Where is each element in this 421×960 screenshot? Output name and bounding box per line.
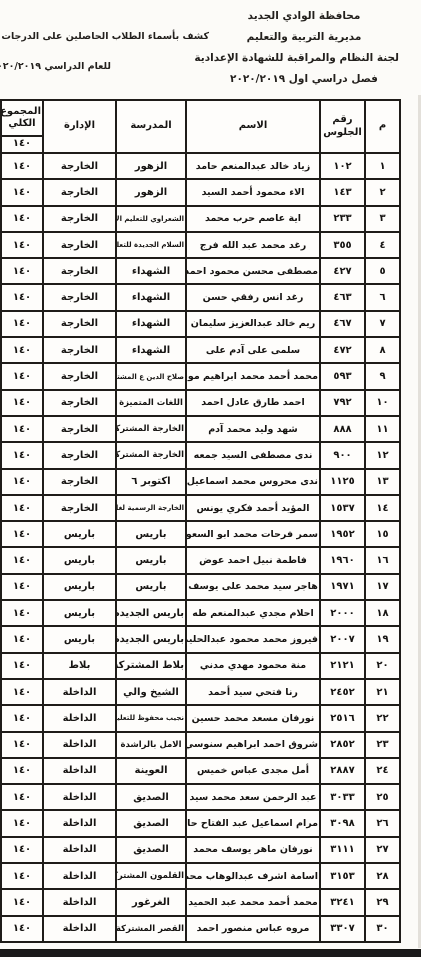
total-score-cell: ١٤٠ (1, 337, 43, 363)
total-score-cell: ١٤٠ (1, 469, 43, 495)
governorate-header: محافظة الوادي الجديد مديرية التربية والت… (209, 6, 399, 90)
student-name-cell: زياد خالد عبدالمنعم حامد (186, 153, 320, 179)
school-cell: الزهور (116, 153, 186, 179)
total-score-cell: ١٤٠ (1, 363, 43, 389)
seat-number-cell: ١٩٦٠ (320, 547, 365, 573)
seat-number-cell: ٩٠٠ (320, 442, 365, 468)
serial-cell: ٢٧ (365, 837, 400, 863)
seat-number-cell: ٢٨٨٧ (320, 758, 365, 784)
student-name-cell: مصطفى محسن محمود احمد (186, 258, 320, 284)
table-row: ٢٩٣٢٤١محمد أحمد محمد عبد الحميدالغرغورال… (1, 889, 400, 915)
administration-cell: بلاط (43, 653, 116, 679)
table-row: ١٩٢٠٠٧فيروز محمد محمود عبدالحليمباريس ال… (1, 626, 400, 652)
administration-cell: باريس (43, 574, 116, 600)
serial-cell: ١٢ (365, 442, 400, 468)
serial-cell: ٦ (365, 284, 400, 310)
administration-cell: الخارجة (43, 311, 116, 337)
school-cell: الشهداء (116, 258, 186, 284)
school-cell: اللغات المتميزة (116, 390, 186, 416)
semester-line: فصل دراسي اول ٢٠٢٠/٢٠١٩ (209, 69, 399, 90)
student-name-cell: محمد أحمد محمد ابراهيم موسي (186, 363, 320, 389)
total-score-cell: ١٤٠ (1, 442, 43, 468)
student-name-cell: رنا فتحي سيد أحمد (186, 679, 320, 705)
seat-number-cell: ١٩٧١ (320, 574, 365, 600)
administration-cell: الخارجة (43, 495, 116, 521)
school-cell: صلاح الدين ع المشتركة (116, 363, 186, 389)
student-name-cell: اية عاصم حرب محمد (186, 206, 320, 232)
administration-cell: الخارجة (43, 284, 116, 310)
total-score-cell: ١٤٠ (1, 284, 43, 310)
student-name-cell: مروه عباس منصور احمد (186, 916, 320, 942)
student-name-cell: سلمى على آدم على (186, 337, 320, 363)
scan-bottom-edge (0, 949, 421, 957)
student-name-cell: أمل مجدى عباس خميس (186, 758, 320, 784)
table-row: ٢٤٢٨٨٧أمل مجدى عباس خميسالعوينةالداخلة١٤… (1, 758, 400, 784)
student-name-cell: ريم خالد عبدالعزيز سليمان (186, 311, 320, 337)
school-cell: القلمون المشتركة (116, 863, 186, 889)
student-name-cell: محمد أحمد محمد عبد الحميد (186, 889, 320, 915)
seat-number-cell: ٢١٢١ (320, 653, 365, 679)
school-cell: الشهداء (116, 337, 186, 363)
serial-cell: ٢٩ (365, 889, 400, 915)
total-score-cell: ١٤٠ (1, 495, 43, 521)
table-row: ٢٦٣٠٩٨مرام اسماعيل عبد الفتاح حافظالصديق… (1, 810, 400, 836)
administration-cell: الداخلة (43, 916, 116, 942)
seat-number-cell: ٣٢٤١ (320, 889, 365, 915)
table-row: ٣٢٣٣اية عاصم حرب محمدالشعراوي للتعليم ال… (1, 206, 400, 232)
school-cell: الصديق (116, 810, 186, 836)
total-score-cell: ١٤٠ (1, 732, 43, 758)
student-name-cell: نورفان مسعد محمد حسين (186, 705, 320, 731)
administration-cell: باريس (43, 600, 116, 626)
table-row: ٣٠٣٣٠٧مروه عباس منصور احمدالقصر المشتركة… (1, 916, 400, 942)
administration-cell: باريس (43, 521, 116, 547)
total-score-cell: ١٤٠ (1, 547, 43, 573)
serial-cell: ٢٤ (365, 758, 400, 784)
serial-cell: ٣٠ (365, 916, 400, 942)
school-cell: بلاط المشتركة (116, 653, 186, 679)
administration-cell: الداخلة (43, 863, 116, 889)
seat-number-cell: ٣١٥٣ (320, 863, 365, 889)
total-score-cell: ١٤٠ (1, 679, 43, 705)
total-score-cell: ١٤٠ (1, 916, 43, 942)
administration-cell: باريس (43, 547, 116, 573)
table-row: ٧٤٦٧ريم خالد عبدالعزيز سليمانالشهداءالخا… (1, 311, 400, 337)
administration-cell: الخارجة (43, 363, 116, 389)
school-cell: العوينة (116, 758, 186, 784)
student-name-cell: شروق احمد ابراهيم سنوسي (186, 732, 320, 758)
total-score-cell: ١٤٠ (1, 232, 43, 258)
total-score-cell: ١٤٠ (1, 206, 43, 232)
table-row: ٨٤٧٢سلمى على آدم علىالشهداءالخارجة١٤٠ (1, 337, 400, 363)
total-score-cell: ١٤٠ (1, 574, 43, 600)
serial-cell: ٢٠ (365, 653, 400, 679)
school-cell: الخارجة المشتركة (116, 416, 186, 442)
school-cell: باريس (116, 574, 186, 600)
students-results-table: م رقم الجلوس الاسم المدرسة الإدارة المجم… (0, 99, 401, 943)
seat-number-cell: ٤٧٢ (320, 337, 365, 363)
school-cell: الصديق (116, 784, 186, 810)
school-cell: الشعراوي للتعليم الاساسي (116, 206, 186, 232)
serial-cell: ١٤ (365, 495, 400, 521)
administration-cell: الداخلة (43, 732, 116, 758)
table-row: ٦٤٦٣رغد انس رفقي حسنالشهداءالخارجة١٤٠ (1, 284, 400, 310)
administration-cell: الخارجة (43, 442, 116, 468)
total-score-cell: ١٤٠ (1, 653, 43, 679)
table-row: ٢٧٣١١١نورفان ماهر يوسف محمدالصديقالداخلة… (1, 837, 400, 863)
total-score-cell: ١٤٠ (1, 153, 43, 179)
table-row: ٢١٢٤٥٢رنا فتحي سيد أحمدالشيخ واليالداخلة… (1, 679, 400, 705)
table-row: ٥٤٢٧مصطفى محسن محمود احمدالشهداءالخارجة١… (1, 258, 400, 284)
school-cell: الخارجة الرسمية لغات (116, 495, 186, 521)
seat-number-cell: ٣٥٥ (320, 232, 365, 258)
total-column-header: المجموع الكلي (1, 100, 43, 136)
school-cell: الغرغور (116, 889, 186, 915)
seat-number-cell: ٣٣٠٧ (320, 916, 365, 942)
seat-number-cell: ٤٦٧ (320, 311, 365, 337)
seat-number-cell: ١١٢٥ (320, 469, 365, 495)
total-score-cell: ١٤٠ (1, 416, 43, 442)
school-cell: باريس الجديدة (116, 600, 186, 626)
sheet-title: كشف بأسماء الطلاب الحاصلين على الدرجات ا… (0, 31, 209, 42)
student-name-cell: المؤيد أحمد فكري يونس (186, 495, 320, 521)
school-cell: الصديق (116, 837, 186, 863)
table-row: ١٢٩٠٠ندى مصطفى السيد جمعهالخارجة المشترك… (1, 442, 400, 468)
administration-cell: الداخلة (43, 837, 116, 863)
serial-cell: ٥ (365, 258, 400, 284)
committee-line: لجنة النظام والمراقبة للشهادة الإعدادية (209, 48, 399, 69)
student-name-cell: مرام اسماعيل عبد الفتاح حافظ (186, 810, 320, 836)
administration-cell: الداخلة (43, 758, 116, 784)
total-score-cell: ١٤٠ (1, 889, 43, 915)
seat-number-cell: ١٤٣ (320, 179, 365, 205)
table-row: ٢٠٢١٢١منة محمود مهدي مدنيبلاط المشتركةبل… (1, 653, 400, 679)
administration-cell: الخارجة (43, 416, 116, 442)
seat-number-column-header: رقم الجلوس (320, 100, 365, 153)
table-row: ١٥١٩٥٢سمر فرحات محمد ابو السعودباريسباري… (1, 521, 400, 547)
student-name-cell: عبد الرحمن سعد محمد سيد (186, 784, 320, 810)
seat-number-cell: ٣٠٣٣ (320, 784, 365, 810)
school-cell: السلام الجديدة للتعليم الاساسي (116, 232, 186, 258)
serial-cell: ٢٣ (365, 732, 400, 758)
seat-number-cell: ٧٩٢ (320, 390, 365, 416)
student-name-cell: احلام مجدي عبدالمنعم طه (186, 600, 320, 626)
name-column-header: الاسم (186, 100, 320, 153)
total-score-cell: ١٤٠ (1, 810, 43, 836)
student-name-cell: الاء محمود أحمد السيد (186, 179, 320, 205)
serial-cell: ٨ (365, 337, 400, 363)
administration-cell: الداخلة (43, 705, 116, 731)
administration-cell: الداخلة (43, 784, 116, 810)
serial-cell: ٢١ (365, 679, 400, 705)
table-row: ٩٥٩٣محمد أحمد محمد ابراهيم موسيصلاح الدي… (1, 363, 400, 389)
serial-cell: ١٦ (365, 547, 400, 573)
seat-number-cell: ١٥٣٧ (320, 495, 365, 521)
student-name-cell: منة محمود مهدي مدني (186, 653, 320, 679)
school-cell: الخارجة المشتركة (116, 442, 186, 468)
serial-cell: ٢٢ (365, 705, 400, 731)
total-max-header: ١٤٠ (1, 136, 43, 153)
table-row: ١٨٢٠٠٠احلام مجدي عبدالمنعم طهباريس الجدي… (1, 600, 400, 626)
school-cell: الشيخ والي (116, 679, 186, 705)
administration-cell: الداخلة (43, 889, 116, 915)
serial-column-header: م (365, 100, 400, 153)
school-cell: نجيب محفوظ للتعليم الاساسي (116, 705, 186, 731)
serial-cell: ٩ (365, 363, 400, 389)
administration-cell: الخارجة (43, 337, 116, 363)
school-cell: الامل بالراشدة (116, 732, 186, 758)
administration-cell: الخارجة (43, 258, 116, 284)
seat-number-cell: ٤٦٣ (320, 284, 365, 310)
student-name-cell: سمر فرحات محمد ابو السعود (186, 521, 320, 547)
serial-cell: ١٩ (365, 626, 400, 652)
serial-cell: ٤ (365, 232, 400, 258)
serial-cell: ١٥ (365, 521, 400, 547)
administration-cell: الخارجة (43, 469, 116, 495)
student-table-body: ١١٠٢زياد خالد عبدالمنعم حامدالزهورالخارج… (1, 153, 400, 942)
administration-cell: الخارجة (43, 390, 116, 416)
table-row: ٤٣٥٥رغد محمد عبد الله فرجالسلام الجديدة … (1, 232, 400, 258)
total-score-cell: ١٤٠ (1, 390, 43, 416)
serial-cell: ١٨ (365, 600, 400, 626)
school-cell: باريس (116, 521, 186, 547)
serial-cell: ٢٥ (365, 784, 400, 810)
serial-cell: ٢ (365, 179, 400, 205)
student-name-cell: شهد وليد محمد آدم (186, 416, 320, 442)
school-cell: اكتوبر ٦ (116, 469, 186, 495)
total-score-cell: ١٤٠ (1, 837, 43, 863)
school-column-header: المدرسة (116, 100, 186, 153)
table-row: ٢٢٢٥١٦نورفان مسعد محمد حسيننجيب محفوظ لل… (1, 705, 400, 731)
administration-cell: الداخلة (43, 810, 116, 836)
total-score-cell: ١٤٠ (1, 705, 43, 731)
student-name-cell: اسامة اشرف عبدالوهاب محمود (186, 863, 320, 889)
governorate-line: محافظة الوادي الجديد (209, 6, 399, 27)
seat-number-cell: ٢٨٥٢ (320, 732, 365, 758)
seat-number-cell: ٣٠٩٨ (320, 810, 365, 836)
administration-column-header: الإدارة (43, 100, 116, 153)
seat-number-cell: ١٩٥٢ (320, 521, 365, 547)
academic-year: للعام الدراسي ٢٠٢٠/٢٠١٩ (0, 61, 111, 72)
scanned-results-sheet: { "page": { "header_right": { "lines": [… (0, 0, 421, 960)
student-name-cell: فاطمة نبيل احمد عوض (186, 547, 320, 573)
student-name-cell: احمد طارق عادل احمد (186, 390, 320, 416)
administration-cell: الخارجة (43, 153, 116, 179)
table-row: ١٧١٩٧١هاجر سيد محمد على يوسفباريسباريس١٤… (1, 574, 400, 600)
school-cell: القصر المشتركة (116, 916, 186, 942)
serial-cell: ٣ (365, 206, 400, 232)
seat-number-cell: ٢٠٠٧ (320, 626, 365, 652)
student-name-cell: ندى محروس محمد اسماعيل (186, 469, 320, 495)
serial-cell: ١٠ (365, 390, 400, 416)
administration-cell: الخارجة (43, 206, 116, 232)
table-row: ٢٣٢٨٥٢شروق احمد ابراهيم سنوسيالامل بالرا… (1, 732, 400, 758)
serial-cell: ٧ (365, 311, 400, 337)
table-row: ٢٨٣١٥٣اسامة اشرف عبدالوهاب محمودالقلمون … (1, 863, 400, 889)
student-name-cell: هاجر سيد محمد على يوسف (186, 574, 320, 600)
table-row: ١٦١٩٦٠فاطمة نبيل احمد عوضباريسباريس١٤٠ (1, 547, 400, 573)
student-name-cell: رغد محمد عبد الله فرج (186, 232, 320, 258)
seat-number-cell: ٥٩٣ (320, 363, 365, 389)
table-row: ١١٨٨٨شهد وليد محمد آدمالخارجة المشتركةال… (1, 416, 400, 442)
administration-cell: باريس (43, 626, 116, 652)
total-score-cell: ١٤٠ (1, 626, 43, 652)
serial-cell: ١ (365, 153, 400, 179)
school-cell: باريس (116, 547, 186, 573)
serial-cell: ١٣ (365, 469, 400, 495)
total-score-cell: ١٤٠ (1, 521, 43, 547)
total-score-cell: ١٤٠ (1, 258, 43, 284)
serial-cell: ٢٦ (365, 810, 400, 836)
administration-cell: الداخلة (43, 679, 116, 705)
table-row: ١٣١١٢٥ندى محروس محمد اسماعيلاكتوبر ٦الخا… (1, 469, 400, 495)
seat-number-cell: ١٠٢ (320, 153, 365, 179)
table-row: ١٤١٥٣٧المؤيد أحمد فكري يونسالخارجة الرسم… (1, 495, 400, 521)
school-cell: الشهداء (116, 284, 186, 310)
total-score-cell: ١٤٠ (1, 179, 43, 205)
directorate-line: مديرية التربية والتعليم (209, 27, 399, 48)
student-name-cell: نورفان ماهر يوسف محمد (186, 837, 320, 863)
table-row: ٢١٤٣الاء محمود أحمد السيدالزهورالخارجة١٤… (1, 179, 400, 205)
serial-cell: ٢٨ (365, 863, 400, 889)
seat-number-cell: ٢٠٠٠ (320, 600, 365, 626)
school-cell: الشهداء (116, 311, 186, 337)
school-cell: الزهور (116, 179, 186, 205)
table-row: ١١٠٢زياد خالد عبدالمنعم حامدالزهورالخارج… (1, 153, 400, 179)
seat-number-cell: ٢٥١٦ (320, 705, 365, 731)
total-score-cell: ١٤٠ (1, 600, 43, 626)
serial-cell: ١١ (365, 416, 400, 442)
student-name-cell: رغد انس رفقي حسن (186, 284, 320, 310)
table-row: ٢٥٣٠٣٣عبد الرحمن سعد محمد سيدالصديقالداخ… (1, 784, 400, 810)
administration-cell: الخارجة (43, 232, 116, 258)
school-cell: باريس الجديدة (116, 626, 186, 652)
student-name-cell: ندى مصطفى السيد جمعه (186, 442, 320, 468)
seat-number-cell: ٢٤٥٢ (320, 679, 365, 705)
seat-number-cell: ٤٢٧ (320, 258, 365, 284)
table-header: م رقم الجلوس الاسم المدرسة الإدارة المجم… (1, 100, 400, 153)
total-score-cell: ١٤٠ (1, 311, 43, 337)
total-score-cell: ١٤٠ (1, 758, 43, 784)
table-row: ١٠٧٩٢احمد طارق عادل احمداللغات المتميزةا… (1, 390, 400, 416)
total-score-cell: ١٤٠ (1, 863, 43, 889)
seat-number-cell: ٢٣٣ (320, 206, 365, 232)
administration-cell: الخارجة (43, 179, 116, 205)
student-name-cell: فيروز محمد محمود عبدالحليم (186, 626, 320, 652)
serial-cell: ١٧ (365, 574, 400, 600)
seat-number-cell: ٣١١١ (320, 837, 365, 863)
total-score-cell: ١٤٠ (1, 784, 43, 810)
seat-number-cell: ٨٨٨ (320, 416, 365, 442)
